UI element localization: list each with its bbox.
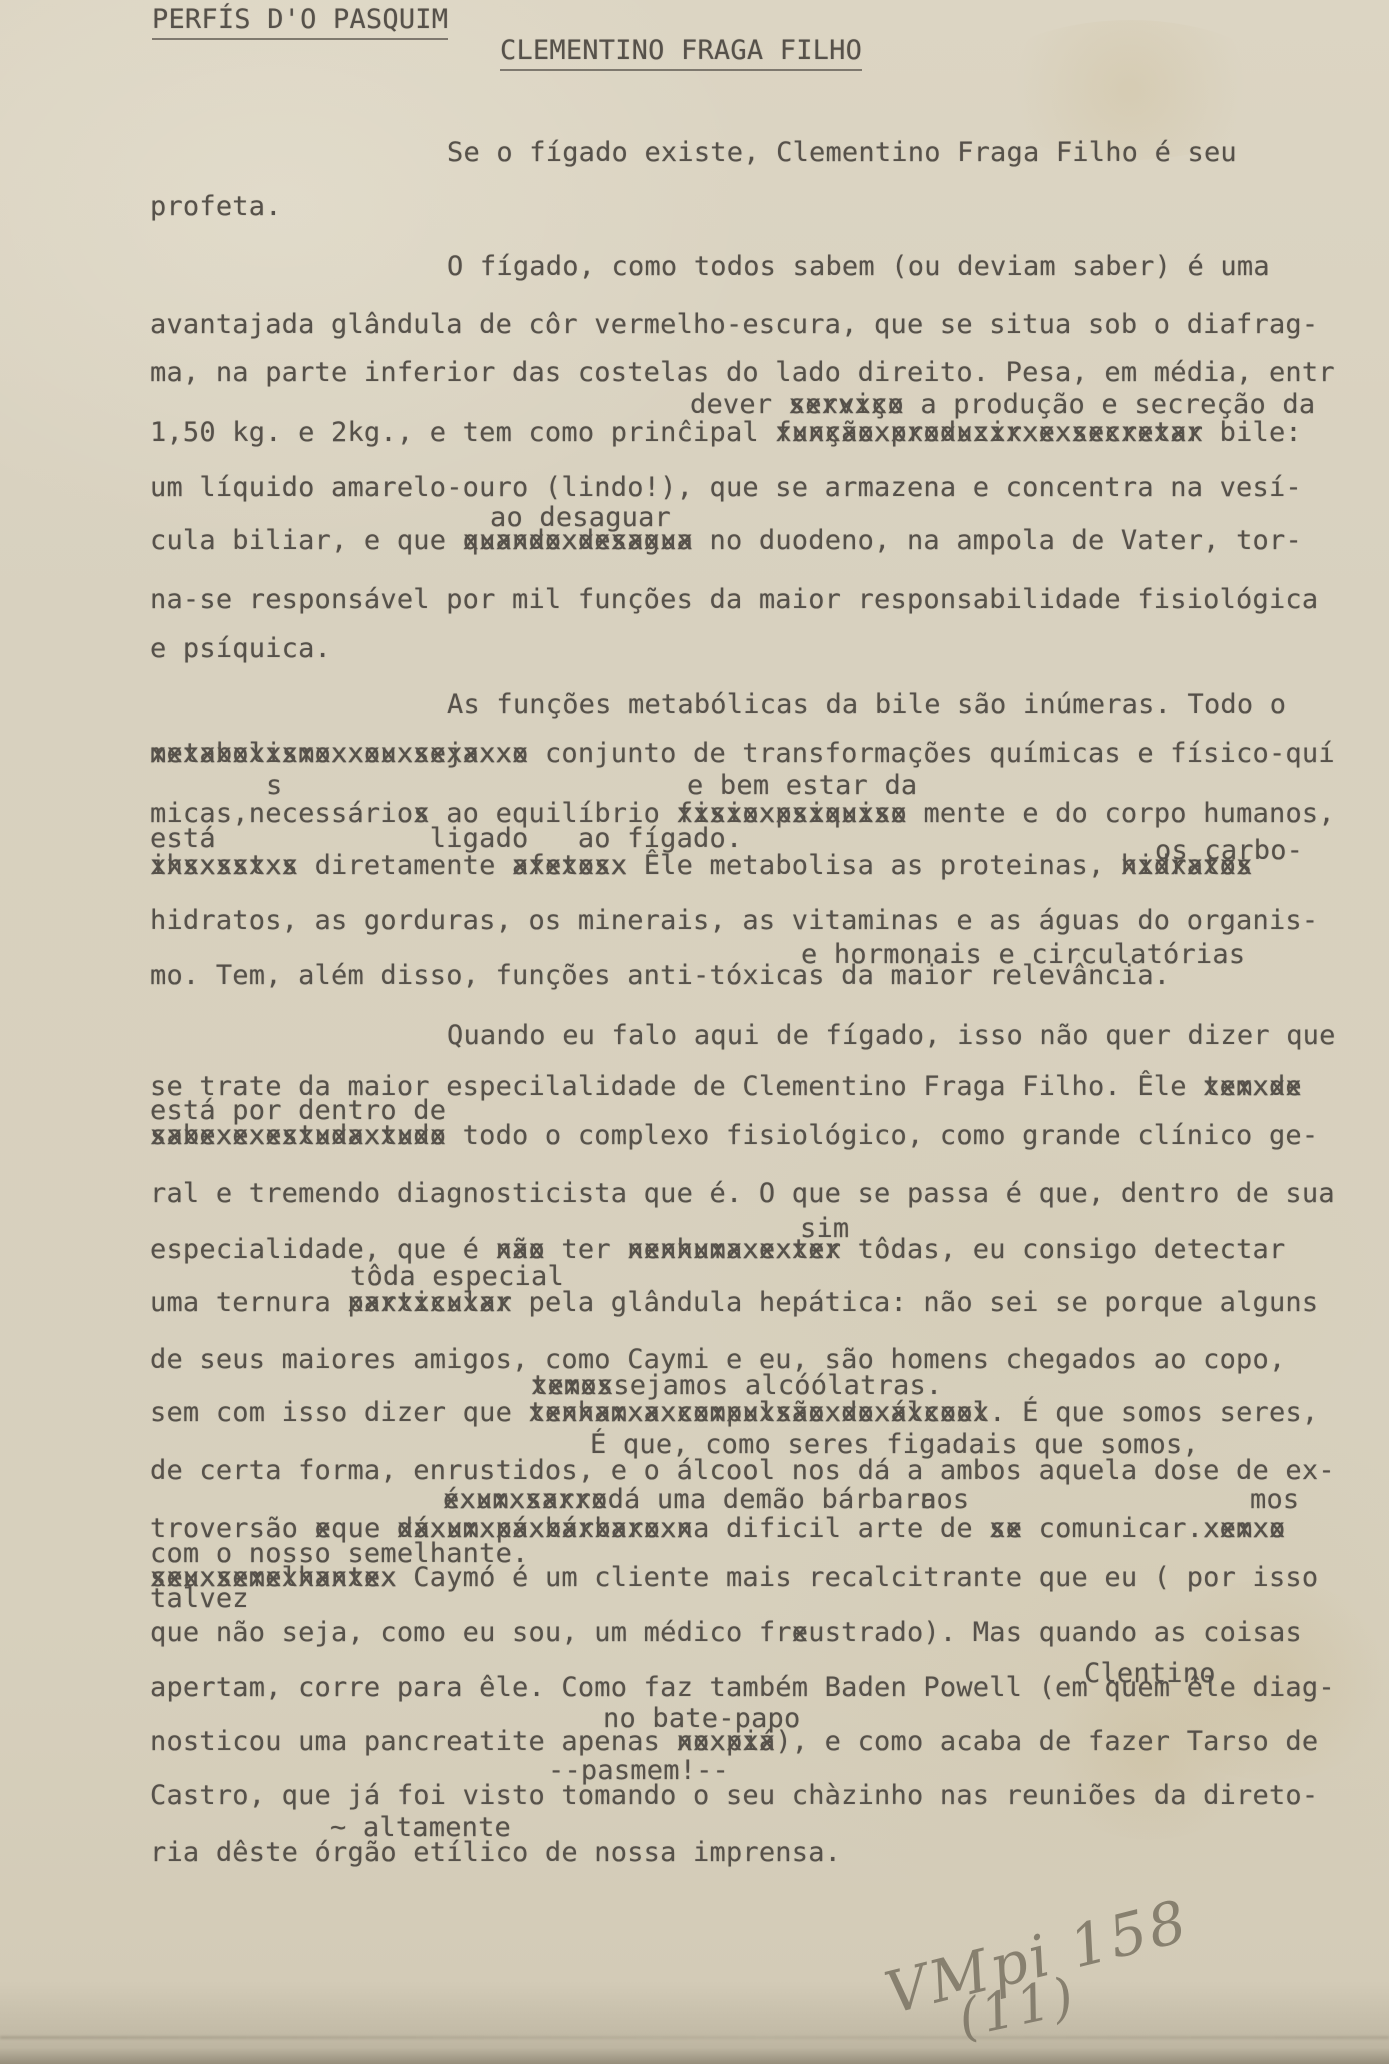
typed-text: Se o fígado existe, Clementino Fraga Fil… [447,137,1237,168]
typed-text: O fígado, como todos sabem (ou deviam sa… [447,251,1270,282]
typed-line-5: ma, na parte inferior das costelas do la… [150,358,1335,388]
typed-line-28: ral e tremendo diagnosticista que é. O q… [150,1179,1335,1209]
typed-text: sem com isso dizer que [150,1397,528,1428]
typed-line-39: nos [920,1485,969,1515]
typed-text: pela glândula hepática: não sei se porqu… [512,1287,1318,1318]
typed-text: um líquido amarelo-ouro (lindo!), que se… [150,472,1302,503]
typed-text: profeta. [150,191,282,222]
typed-line-43: seuxsemelhantex Caymó é um cliente mais … [150,1563,1318,1593]
typed-text: 1,50 kg. e 2kg., e tem como prinĉipal [150,417,775,448]
typed-text: Caymó é um cliente mais recalcitrante qu… [397,1562,1319,1593]
typed-text: hidratos, as gorduras, os minerais, as v… [150,905,1318,936]
typed-text: avantajada glândula de côr vermelho-escu… [150,309,1318,340]
typed-text: e psíquica. [150,633,331,664]
typed-text: a produção e secreção da [904,389,1315,420]
typed-text: dá uma demão bárbara [608,1484,937,1515]
typed-line-14: metabolismoxxouxsejaxxo conjunto de tran… [150,739,1335,769]
typed-text: comunicar. [1022,1513,1203,1544]
typed-line-4: avantajada glândula de côr vermelho-escu… [150,310,1318,340]
typed-line-6: dever serviço a produção e secreção da [690,390,1315,420]
struck-text: noxpiá [677,1727,776,1757]
typed-line-3: O fígado, como todos sabem (ou deviam sa… [447,252,1270,282]
typed-text: tôdas, eu consigo detectar [841,1234,1285,1265]
typed-line-13: As funções metabólicas da bile são inúme… [447,690,1286,720]
typed-text: apertam, corre para êle. Como faz também… [150,1672,1335,1703]
typed-text: na-se responsável por mil funções da mai… [150,584,1318,615]
typed-text: no duodeno, na ampola de Vater, tor- [693,525,1302,556]
typed-text: Castro, que já foi visto tomando o seu c… [150,1780,1318,1811]
typed-text: cula biliar, e que [150,525,463,556]
typed-text: ), e como acaba de fazer Tarso de [775,1726,1318,1757]
typed-line-51: Castro, que já foi visto tomando o seu c… [150,1781,1318,1811]
typed-line-10: cula biliar, e que quandoxdesagua no duo… [150,526,1302,556]
typed-line-45: que não seja, como eu sou, um médico fre… [150,1618,1302,1648]
typed-line-38: éxumxsarrodá uma demão bárbara [443,1485,937,1515]
typed-text: Quando eu falo aqui de fígado, isso não … [447,1020,1336,1051]
typed-text: conjunto de transformações químicas e fí… [528,738,1334,769]
paper-crease [0,2036,1389,2039]
typed-text: nos [920,1484,969,1515]
struck-text: temxde [1203,1072,1302,1102]
typed-text: bile: [1203,417,1302,448]
struck-text: ihsxsstxs [150,851,298,881]
typed-line-15: s [266,771,282,801]
struck-text: afetosx [512,851,627,881]
typed-text: mos [1250,1484,1299,1515]
typed-line-40: mos [1250,1485,1299,1515]
struck-text: e [792,1618,808,1648]
typed-text: a dificil arte de [693,1513,989,1544]
typed-line-37: de certa forma, enrustidos, e o álcool n… [150,1456,1335,1486]
typed-text: ustrado). Mas quando as coisas [808,1617,1302,1648]
series-title: PERFÍS D'O PASQUIM [152,5,448,40]
typed-text: dever [690,389,789,420]
typed-line-47: apertam, corre para êle. Como faz também… [150,1673,1335,1703]
typed-text: de certa forma, enrustidos, e o álcool n… [150,1455,1335,1486]
typed-line-7: 1,50 kg. e 2kg., e tem como prinĉipal fu… [150,418,1302,448]
struck-text: xemxo [1203,1514,1285,1544]
typed-line-53: ria dêste órgão etílico de nossa imprens… [150,1838,841,1868]
typed-line-23: mo. Tem, além disso, funções anti-tóxica… [150,961,1170,991]
typed-text: mente e do corpo humanos, [907,798,1335,829]
typed-line-24: Quando eu falo aqui de fígado, isso não … [447,1021,1336,1051]
typed-text: ma, na parte inferior das costelas do la… [150,357,1335,388]
typed-line-20: ihsxsstxs diretamente afetosx Êle metabo… [150,851,1253,881]
typed-line-27: sabexexestudaxtudo todo o complexo fisio… [150,1121,1318,1151]
struck-text: metabolismoxxouxsejaxxo [150,739,528,769]
typed-text: que não seja, como eu sou, um médico fr [150,1617,792,1648]
typed-line-2: profeta. [150,192,282,222]
typed-line-30: especialidade, que é não ter nenhumaxext… [150,1235,1285,1265]
typed-text: ria dêste órgão etílico de nossa imprens… [150,1837,841,1868]
typed-text: uma ternura [150,1287,347,1318]
typed-text: diretamente [298,850,512,881]
typed-text: ral e tremendo diagnosticista que é. O q… [150,1178,1335,1209]
typed-text: e bem estar da [687,770,917,801]
typed-line-44: talvez [150,1584,249,1614]
typed-text: Êle metabolisa as proteinas, [627,850,1121,881]
typed-line-1: Se o fígado existe, Clementino Fraga Fil… [447,138,1237,168]
struck-text: éxumxsarro [443,1485,608,1515]
typed-text: s [266,770,282,801]
typed-text: As funções metabólicas da bile são inúme… [447,689,1286,720]
struck-text: serviço [789,390,904,420]
typed-line-11: na-se responsável por mil funções da mai… [150,585,1318,615]
document-page: PERFÍS D'O PASQUIM CLEMENTINO FRAGA FILH… [0,0,1389,2064]
struck-text: particular [347,1288,512,1318]
struck-text: funçãoxproduzirxexsecretar [775,418,1203,448]
struck-text: sabexexestudaxtudo [150,1121,446,1151]
struck-text: se [989,1514,1022,1544]
typed-line-35: sem com isso dizer que tenhamxaxcompulsã… [150,1398,1318,1428]
struck-text: quandoxdesagua [463,526,693,556]
struck-text: hidratos [1121,851,1253,881]
struck-text: nenhumaxexter [627,1235,841,1265]
typed-text: . É que somos seres, [989,1397,1318,1428]
typed-text: talvez [150,1583,249,1614]
typed-text: nosticou uma pancreatite apenas [150,1726,677,1757]
typed-line-49: nosticou uma pancreatite apenas noxpiá),… [150,1727,1318,1757]
typed-line-8: um líquido amarelo-ouro (lindo!), que se… [150,473,1302,503]
typed-line-32: uma ternura particular pela glândula hep… [150,1288,1318,1318]
typed-text: todo o complexo fisiológico, como grande… [446,1120,1318,1151]
struck-text: tenhamxaxcompulsãoxdoxálcool [528,1398,989,1428]
typed-line-12: e psíquica. [150,634,331,664]
profile-title: CLEMENTINO FRAGA FILHO [500,36,862,71]
typed-line-21: hidratos, as gorduras, os minerais, as v… [150,906,1318,936]
typed-text: mo. Tem, além disso, funções anti-tóxica… [150,960,1170,991]
typed-line-16: e bem estar da [687,771,917,801]
